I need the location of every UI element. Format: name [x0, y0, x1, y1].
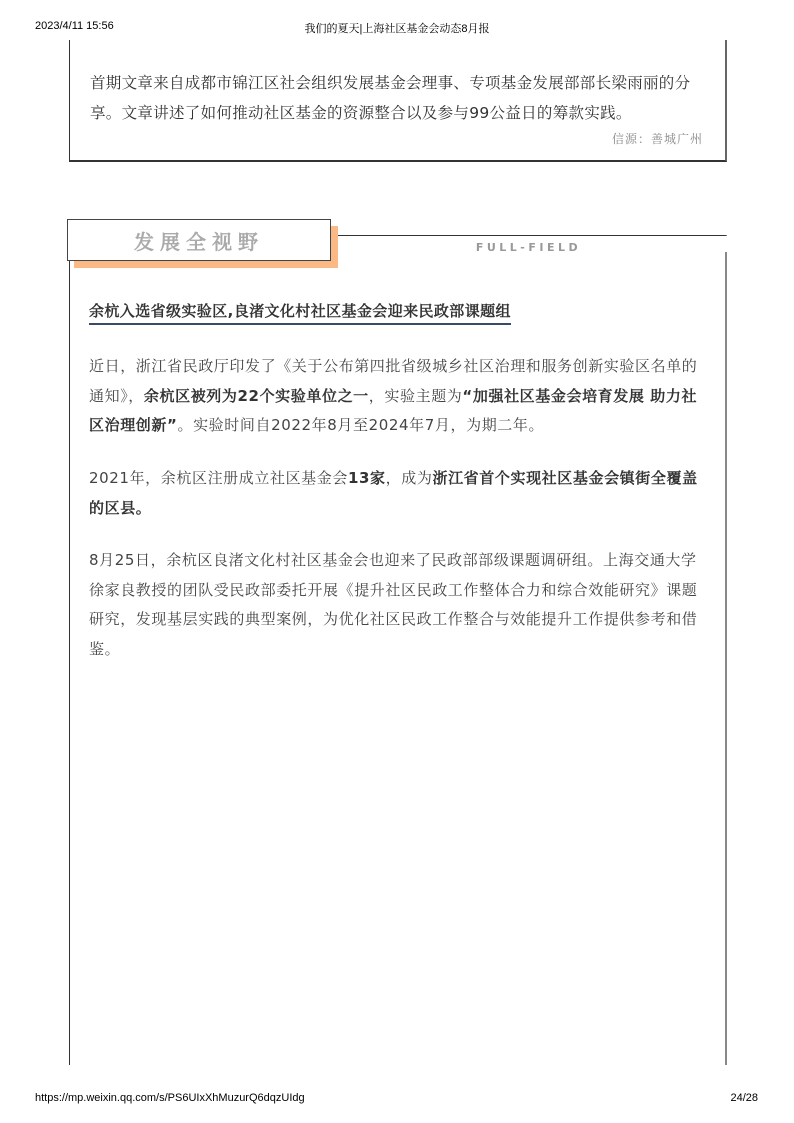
print-page-number: 24/28 — [730, 1092, 758, 1104]
section-label: 发展全视野 — [67, 219, 331, 261]
print-page-title: 我们的夏天|上海社区基金会动态8月报 — [0, 20, 794, 36]
article-paragraph: 8月25日，余杭区良渚文化村社区基金会也迎来了民政部部级课题调研组。上海交通大学… — [89, 546, 709, 664]
section-label-en: FULL-FIELD — [330, 241, 727, 254]
bold-segment: 余杭区被列为22个实验单位之一 — [144, 387, 369, 405]
article-paragraph: 近日，浙江省民政厅印发了《关于公布第四批省级城乡社区治理和服务创新实验区名单的通… — [89, 352, 709, 441]
intro-source: 信源：善城广州 — [612, 130, 703, 147]
text-segment: ，实验主题为 — [369, 387, 463, 405]
text-segment: 8月25日，余杭区良渚文化村社区基金会也迎来了民政部部级课题调研组。上海交通大学… — [89, 551, 697, 658]
intro-text: 首期文章来自成都市锦江区社会组织发展基金会理事、专项基金发展部部长梁雨丽的分享。… — [90, 68, 710, 128]
intro-box: 首期文章来自成都市锦江区社会组织发展基金会理事、专项基金发展部部长梁雨丽的分享。… — [69, 40, 727, 162]
text-segment: ，成为 — [386, 469, 433, 487]
print-url: https://mp.weixin.qq.com/s/PS6UIxXhMuzur… — [35, 1092, 305, 1104]
bold-segment: 13家 — [348, 469, 386, 487]
text-segment: 2021年，余杭区注册成立社区基金会 — [89, 469, 348, 487]
article-title[interactable]: 余杭入选省级实验区,良渚文化村社区基金会迎来民政部课题组 — [89, 300, 511, 325]
text-segment: 。实验时间自2022年8月至2024年7月，为期二年。 — [177, 416, 544, 434]
section-label-text: 发展全视野 — [134, 226, 264, 255]
article-paragraph: 2021年，余杭区注册成立社区基金会13家，成为浙江省首个实现社区基金会镇街全覆… — [89, 464, 709, 523]
